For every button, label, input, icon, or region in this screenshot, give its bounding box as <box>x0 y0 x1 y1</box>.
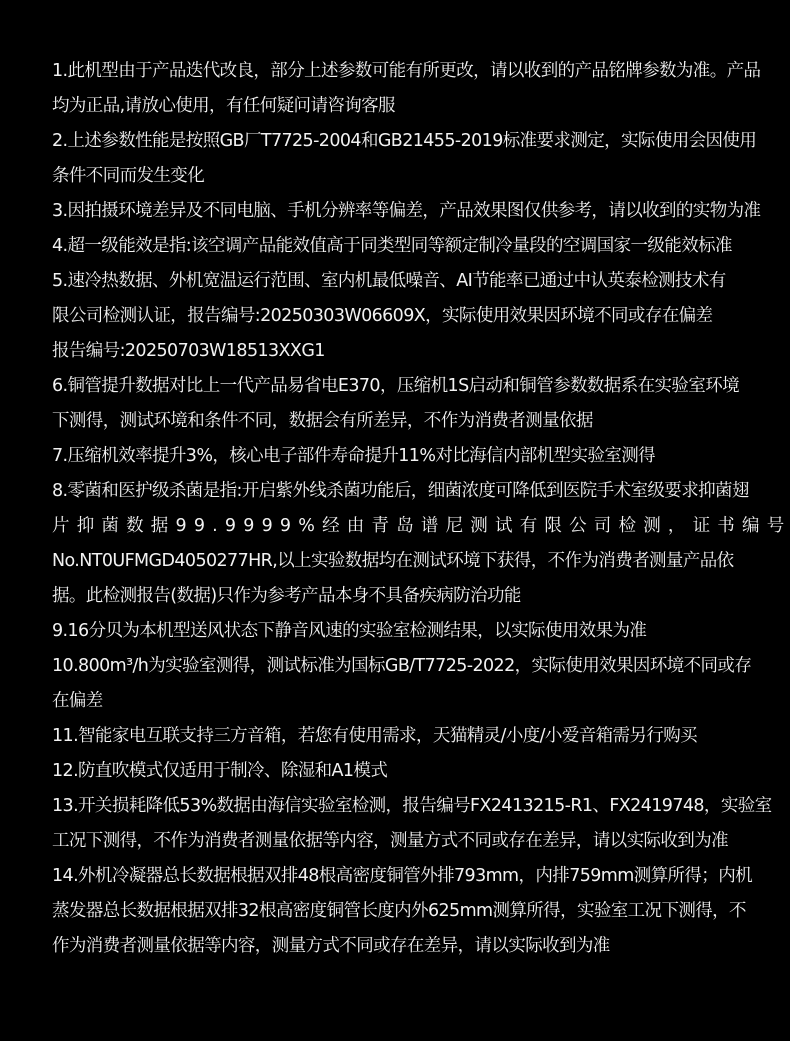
note-2-line-2: 条件不同而发生变化 <box>52 159 740 194</box>
note-11: 11.智能家电互联支持三方音箱，若您有使用需求，天猫精灵/小度/小爱音箱需另行购… <box>52 719 740 754</box>
note-7: 7.压缩机效率提升3%，核心电子部件寿命提升11%对比海信内部机型实验室测得 <box>52 439 740 474</box>
note-1-line-2: 均为正品,请放心使用，有任何疑问请咨询客服 <box>52 89 740 124</box>
note-8-line-4: 据。此检测报告(数据)只作为参考产品本身不具备疾病防治功能 <box>52 579 740 614</box>
note-3: 3.因拍摄环境差异及不同电脑、手机分辨率等偏差，产品效果图仅供参考，请以收到的实… <box>52 194 740 229</box>
note-13-line-2: 工况下测得，不作为消费者测量依据等内容，测量方式不同或存在差异，请以实际收到为准 <box>52 824 740 859</box>
note-5-line-1: 5.速冷热数据、外机宽温运行范围、室内机最低噪音、AI节能率已通过中认英泰检测技… <box>52 264 740 299</box>
note-14-line-1: 14.外机冷凝器总长数据根据双排48根高密度铜管外排793mm，内排759mm测… <box>52 859 740 894</box>
note-13-line-1: 13.开关损耗降低53%数据由海信实验室检测，报告编号FX2413215-R1、… <box>52 789 740 824</box>
note-10-line-2: 在偏差 <box>52 684 740 719</box>
note-8-line-1: 8.零菌和医护级杀菌是指:开启紫外线杀菌功能后，细菌浓度可降低到医院手术室级要求… <box>52 474 740 509</box>
note-8-line-3: No.NT0UFMGD4050277HR,以上实验数据均在测试环境下获得，不作为… <box>52 544 740 579</box>
note-5-line-2: 限公司检测认证，报告编号:20250303W06609X，实际使用效果因环境不同… <box>52 299 740 334</box>
note-14-line-3: 作为消费者测量依据等内容，测量方式不同或存在差异，请以实际收到为准 <box>52 929 740 964</box>
note-12: 12.防直吹模式仅适用于制冷、除湿和A1模式 <box>52 754 740 789</box>
note-14-line-2: 蒸发器总长数据根据双排32根高密度铜管长度内外625mm测算所得，实验室工况下测… <box>52 894 740 929</box>
disclaimer-notes: 1.此机型由于产品迭代改良，部分上述参数可能有所更改，请以收到的产品铭牌参数为准… <box>52 54 740 964</box>
note-5-line-3: 报告编号:20250703W18513XXG1 <box>52 334 740 369</box>
note-4: 4.超一级能效是指:该空调产品能效值高于同类型同等额定制冷量段的空调国家一级能效… <box>52 229 740 264</box>
note-6-line-2: 下测得，测试环境和条件不同，数据会有所差异，不作为消费者测量依据 <box>52 404 740 439</box>
note-6-line-1: 6.铜管提升数据对比上一代产品易省电E370，压缩机1S启动和铜管参数数据系在实… <box>52 369 740 404</box>
note-1-line-1: 1.此机型由于产品迭代改良，部分上述参数可能有所更改，请以收到的产品铭牌参数为准… <box>52 54 740 89</box>
note-10-line-1: 10.800m³/h为实验室测得，测试标准为国标GB/T7725-2022，实际… <box>52 649 740 684</box>
note-8-line-2: 片抑菌数据99.9999%经由青岛谱尼测试有限公司检测，证书编号 <box>52 509 740 544</box>
note-9: 9.16分贝为本机型送风状态下静音风速的实验室检测结果，以实际使用效果为准 <box>52 614 740 649</box>
note-2-line-1: 2.上述参数性能是按照GB厂T7725-2004和GB21455-2019标准要… <box>52 124 740 159</box>
